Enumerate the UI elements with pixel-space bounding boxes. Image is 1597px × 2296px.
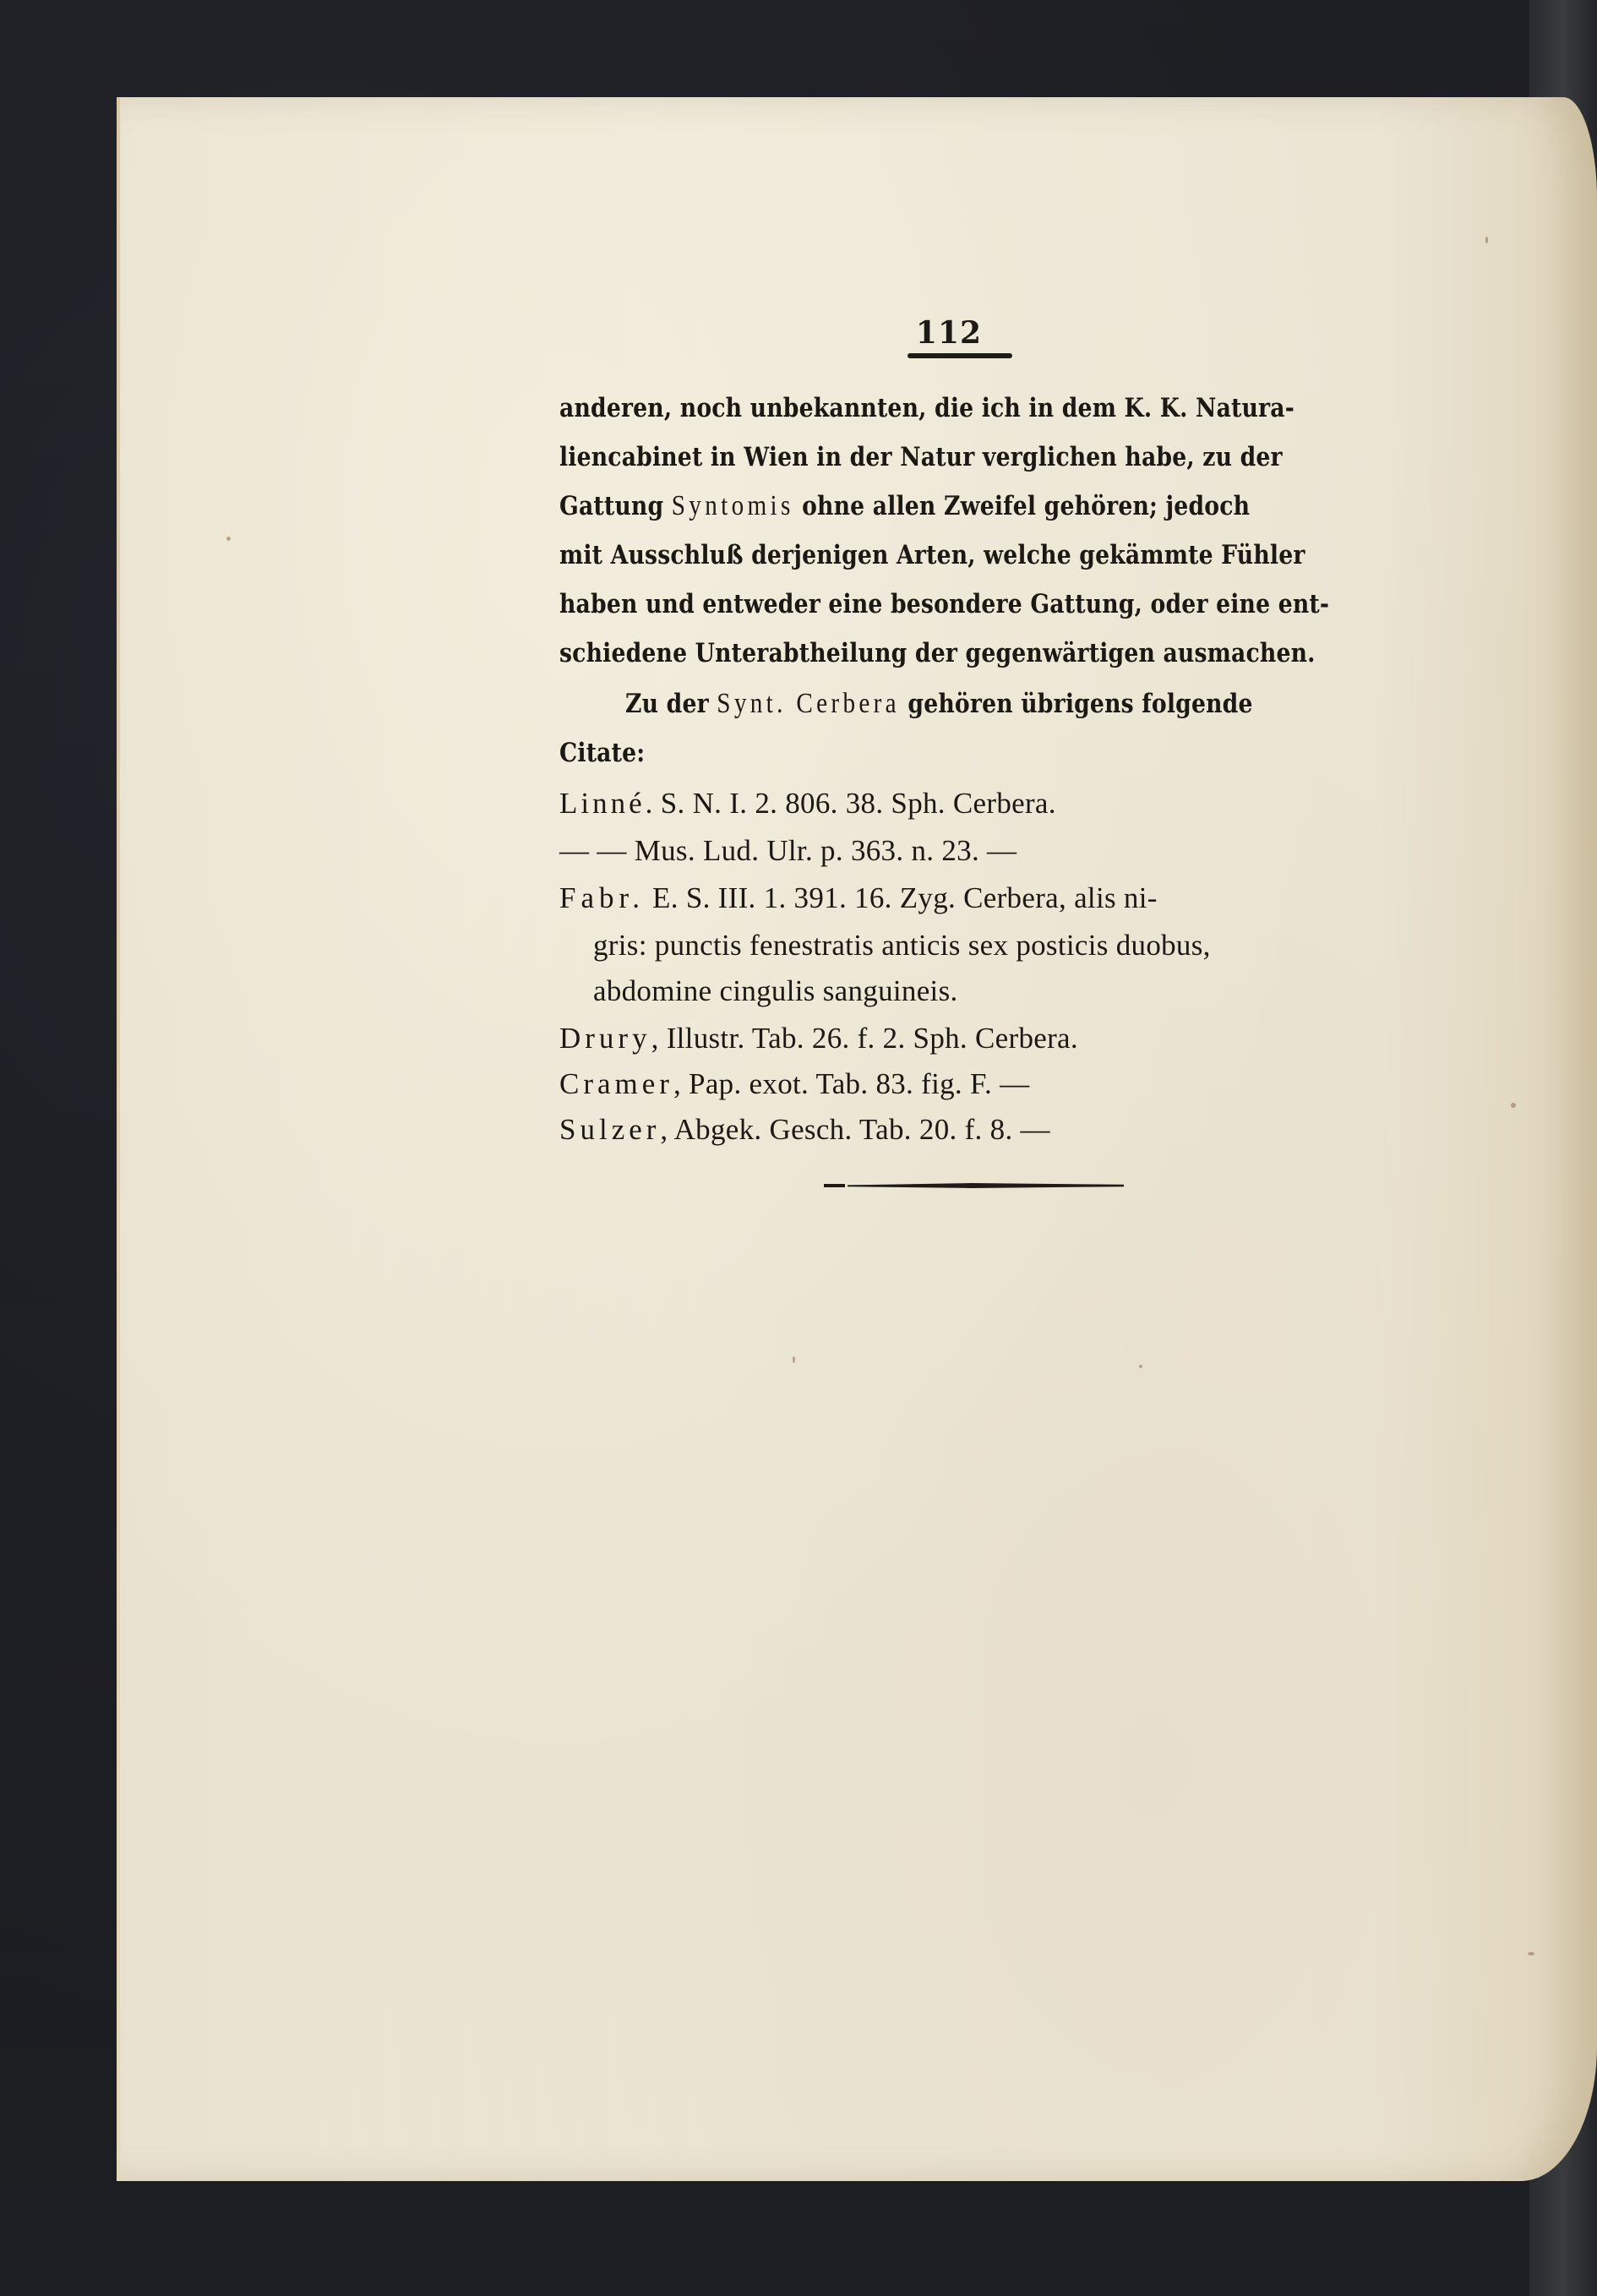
paper-speck xyxy=(793,1356,795,1363)
citation-line: Fabr. E. S. III. 1. 391. 16. Zyg. Cerber… xyxy=(559,875,1158,922)
page-edge xyxy=(117,97,120,2181)
line-text: Gattung xyxy=(559,491,663,521)
page-number-rule xyxy=(908,353,1012,358)
paragraph-line: Citate: xyxy=(559,729,645,777)
line-text: Zu der xyxy=(625,689,709,719)
line-text: haben und entweder eine besondere Gattun… xyxy=(559,589,1329,619)
citation-line: Drury, Illustr. Tab. 26. f. 2. Sph. Cerb… xyxy=(559,1015,1078,1062)
rule-segment xyxy=(848,1183,1124,1188)
paragraph-line: mit Ausschluß derjenigen Arten, welche g… xyxy=(559,532,1305,579)
citation-text: , Abgek. Gesch. Tab. 20. f. 8. — xyxy=(660,1113,1049,1146)
line-text: mit Ausschluß derjenigen Arten, welche g… xyxy=(559,540,1305,570)
citation-line: Linné. S. N. I. 2. 806. 38. Sph. Cerbera… xyxy=(559,780,1056,827)
line-text: Citate: xyxy=(559,738,645,768)
citation-text: , Illustr. Tab. 26. f. 2. Sph. Cerbera. xyxy=(651,1022,1078,1055)
line-text: schiedene Unterabtheilung der gegenwärti… xyxy=(559,638,1316,668)
paragraph-line: anderen, noch unbekannten, die ich in de… xyxy=(559,384,1294,432)
section-end-rule xyxy=(824,1183,1124,1188)
citation-line: gris: punctis fenestratis anticis sex po… xyxy=(593,922,1211,969)
citation-line: Cramer, Pap. exot. Tab. 83. fig. F. — xyxy=(559,1061,1029,1108)
genus-name: Syntomis xyxy=(672,490,794,521)
citation-author: Linné xyxy=(559,787,646,820)
paragraph-line: liencabinet in Wien in der Natur verglic… xyxy=(559,434,1283,481)
page-number: 112 xyxy=(902,315,995,351)
rule-segment xyxy=(824,1184,845,1187)
species-name: Synt. Cerbera xyxy=(717,688,900,719)
paragraph-line: Zu der Synt. Cerbera gehören übrigens fo… xyxy=(625,680,1253,728)
citation-author: — — xyxy=(559,834,627,867)
citation-text: Mus. Lud. Ulr. p. 363. n. 23. — xyxy=(627,834,1017,867)
paper-speck xyxy=(226,537,231,541)
paper-speck xyxy=(1511,1103,1516,1108)
citation-line: abdomine cingulis sanguineis. xyxy=(593,968,958,1015)
paper-speck xyxy=(1528,1952,1534,1955)
paragraph-line: schiedene Unterabtheilung der gegenwärti… xyxy=(559,630,1316,677)
citation-line: — — Mus. Lud. Ulr. p. 363. n. 23. — xyxy=(559,827,1017,875)
line-text: ohne allen Zweifel gehören; jedoch xyxy=(802,491,1250,521)
line-text: anderen, noch unbekannten, die ich in de… xyxy=(559,393,1294,423)
citation-author: Cramer xyxy=(559,1067,673,1100)
paper-speck xyxy=(1485,237,1488,243)
paragraph-line: Gattung Syntomis ohne allen Zweifel gehö… xyxy=(559,483,1250,530)
citation-author: Fabr. xyxy=(559,881,645,914)
citation-text: abdomine cingulis sanguineis. xyxy=(593,974,958,1007)
paragraph-line: haben und entweder eine besondere Gattun… xyxy=(559,581,1329,628)
citation-line: Sulzer, Abgek. Gesch. Tab. 20. f. 8. — xyxy=(559,1106,1050,1153)
citation-text: E. S. III. 1. 391. 16. Zyg. Cerbera, ali… xyxy=(645,881,1158,914)
paper-speck xyxy=(1139,1365,1142,1368)
citation-text: gris: punctis fenestratis anticis sex po… xyxy=(593,929,1211,962)
citation-text: , Pap. exot. Tab. 83. fig. F. — xyxy=(673,1067,1029,1100)
citation-text: . S. N. I. 2. 806. 38. Sph. Cerbera. xyxy=(646,787,1056,820)
citation-author: Drury xyxy=(559,1022,651,1055)
line-text: liencabinet in Wien in der Natur verglic… xyxy=(559,442,1283,472)
citation-author: Sulzer xyxy=(559,1113,660,1146)
line-text: gehören übrigens folgende xyxy=(908,689,1252,719)
